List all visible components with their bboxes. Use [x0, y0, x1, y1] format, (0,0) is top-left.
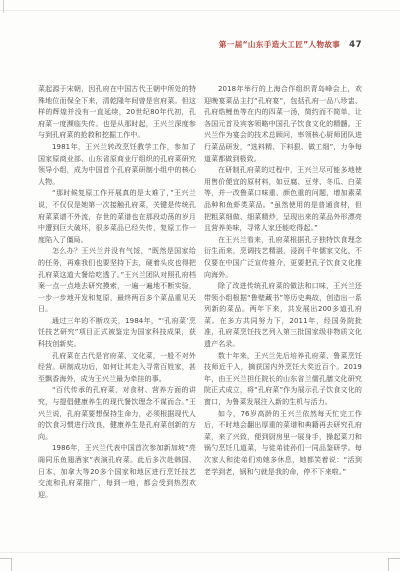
column-right: 2018年举行的上海合作组织青岛峰会上，欢迎晚宴菜品主打“孔府宴”，包括孔府一品… — [204, 84, 362, 501]
body-paragraph: 如今，76岁高龄的王兴兰依然每天忙完工作后，不时地会翻出厚重的菜谱和典籍再去研究… — [204, 409, 362, 479]
body-paragraph: 1986年，王兴兰代表中国首次参加新加坡“亮阁同乐鱼翅酒家”表演孔府菜。此后多次… — [38, 443, 196, 501]
article-body: 菜起源于宋朝，因孔府在中国古代王朝中所处的特殊地位而保全下来，清乾隆年间曾是官府… — [38, 84, 362, 501]
body-paragraph: 数十年来，王兴兰先后培养孔府菜、鲁菜烹饪技师近千人，摘获国内外烹饪大奖近百个。2… — [204, 351, 362, 409]
body-paragraph: 1981年，王兴兰转改烹饪教学工作，参加了国家原商业部、山东省原商业厅组织的孔府… — [38, 142, 196, 188]
body-paragraph: “百代传承的孔府菜，对食材、营养方面的讲究，与提倡健康养生的现代餐饮理念不谋而合… — [38, 385, 196, 443]
crop-mark-top-left — [3, 0, 4, 13]
body-paragraph: 在研制孔府菜的过程中，王兴兰尽可能多地使用售价便宜的原材料，如豆腐、豆芽、冬瓜、… — [204, 165, 362, 235]
running-header-title: 第一届“山东手造大工匠”人物故事 — [219, 39, 340, 50]
page-number: 47 — [349, 40, 362, 50]
body-paragraph: 2018年举行的上海合作组织青岛峰会上，欢迎晚宴菜品主打“孔府宴”，包括孔府一品… — [204, 84, 362, 165]
body-paragraph: 除了改进传统孔府菜的做法和口味，王兴兰还带领小组根据“鲁壁藏书”等历史典故，创造… — [204, 281, 362, 351]
body-paragraph: 怎么办？王兴兰并没有气馁，“既然是国家给的任务，再难我们也要坚持下去，硬着头皮也… — [38, 246, 196, 316]
running-header: 第一届“山东手造大工匠”人物故事 47 — [219, 39, 362, 50]
body-paragraph: 孔府菜在古代是官府菜、文化菜，一般不对外经营。研制成功后，如何让其走入寻常百姓家… — [38, 351, 196, 386]
body-paragraph: 菜起源于宋朝，因孔府在中国古代王朝中所处的特殊地位而保全下来，清乾隆年间曾是官府… — [38, 84, 196, 142]
crop-mark-bottom-left — [0, 558, 12, 571]
scan-hairline-top — [0, 10, 400, 11]
body-paragraph: 通过三年的不断攻关，1984年，“‘孔府菜’烹饪技艺研究”项目正式被鉴定为国家科… — [38, 316, 196, 351]
scanned-book-page: 第一届“山东手造大工匠”人物故事 47 菜起源于宋朝，因孔府在中国古代王朝中所处… — [0, 0, 400, 571]
scan-hairline-bottom — [0, 552, 400, 553]
column-left: 菜起源于宋朝，因孔府在中国古代王朝中所处的特殊地位而保全下来，清乾隆年间曾是官府… — [38, 84, 196, 501]
crop-mark-bottom-right — [388, 558, 400, 571]
body-paragraph: “那时候复原工作开展真的是太难了，”王兴兰说，不仅仅是她第一次接触孔府菜，关键是… — [38, 188, 196, 246]
body-paragraph: 在王兴兰看来，孔府菜根据孔子独特饮食理念衍生而来，烹调技艺精湛，浸润千年儒家文化… — [204, 235, 362, 281]
